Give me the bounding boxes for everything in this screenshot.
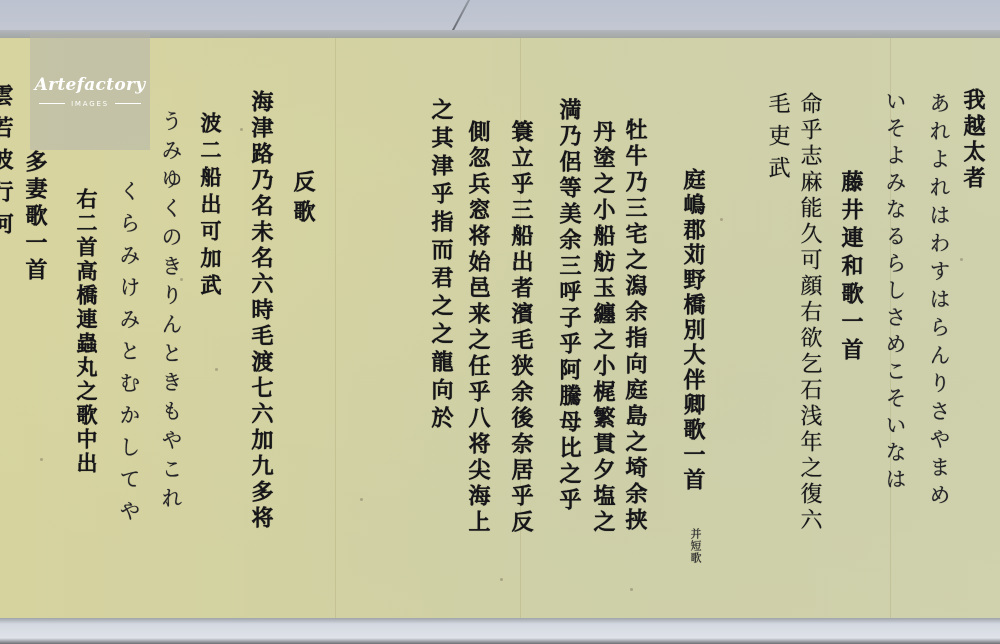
divider xyxy=(39,103,65,104)
paper-speck xyxy=(40,458,43,461)
annotation-note: 并短歌 xyxy=(690,528,701,564)
text-column: いそよみなるらしさめこそいなは xyxy=(884,90,905,495)
text-column: 庭嶋郡苅野橋別大伴卿歌一首 xyxy=(682,168,704,493)
paper-speck xyxy=(630,588,633,591)
text-column: 丹塗之小船舫玉纏之小梶繁貫夕塩之 xyxy=(592,120,614,536)
text-column: 波二船出可加武 xyxy=(200,112,221,301)
text-column: 毛吏武 xyxy=(766,92,788,188)
text-column: 牡牛乃三宅之潟余指向庭島之埼余挟 xyxy=(624,118,646,534)
text-column: くらみけみとむかしてや xyxy=(118,180,139,532)
paper-speck xyxy=(720,218,723,221)
paper-seam xyxy=(335,38,336,620)
watermark: Artefactory IMAGES xyxy=(30,32,150,150)
paper-speck xyxy=(215,368,218,371)
text-column: 海津路乃名未名六時毛渡七六加九多将 xyxy=(250,90,272,532)
text-column: 簑立乎三船出者濱毛狭余後奈居乎反 xyxy=(510,120,532,536)
text-column: 命乎志麻能久可顔右欲乞石浅年之復六 xyxy=(798,92,820,534)
watermark-brand: Artefactory xyxy=(35,75,146,95)
text-column: 雲若波行何 xyxy=(0,84,12,244)
paper-speck xyxy=(500,578,503,581)
text-column: 之其津乎指而君之之龍向於 xyxy=(430,98,452,434)
text-column: あれよれはわすはらんりさやまめ xyxy=(928,92,949,512)
scroll-bottom-edge xyxy=(0,618,1000,644)
text-column: 側忽兵窓将始邑来之任乎八将尖海上 xyxy=(467,120,489,536)
watermark-subtitle-row: IMAGES xyxy=(39,100,141,108)
text-column: うみゆくのきりんときもやこれ xyxy=(160,110,181,516)
divider xyxy=(115,103,141,104)
text-column: 反歌 xyxy=(292,170,314,230)
watermark-subtitle: IMAGES xyxy=(71,100,109,108)
paper-speck xyxy=(240,128,243,131)
text-column: 多妻歌一首 xyxy=(24,150,46,285)
text-column: 我越太者 xyxy=(962,88,984,192)
text-column: 藤井連和歌一首 xyxy=(840,170,862,366)
paper-speck xyxy=(360,498,363,501)
text-column: 満乃侶等美余三呼子乎阿騰母比之乎 xyxy=(558,98,580,514)
text-column: 右二首高橋連蟲丸之歌中出 xyxy=(76,188,97,476)
paper-speck xyxy=(960,258,963,261)
